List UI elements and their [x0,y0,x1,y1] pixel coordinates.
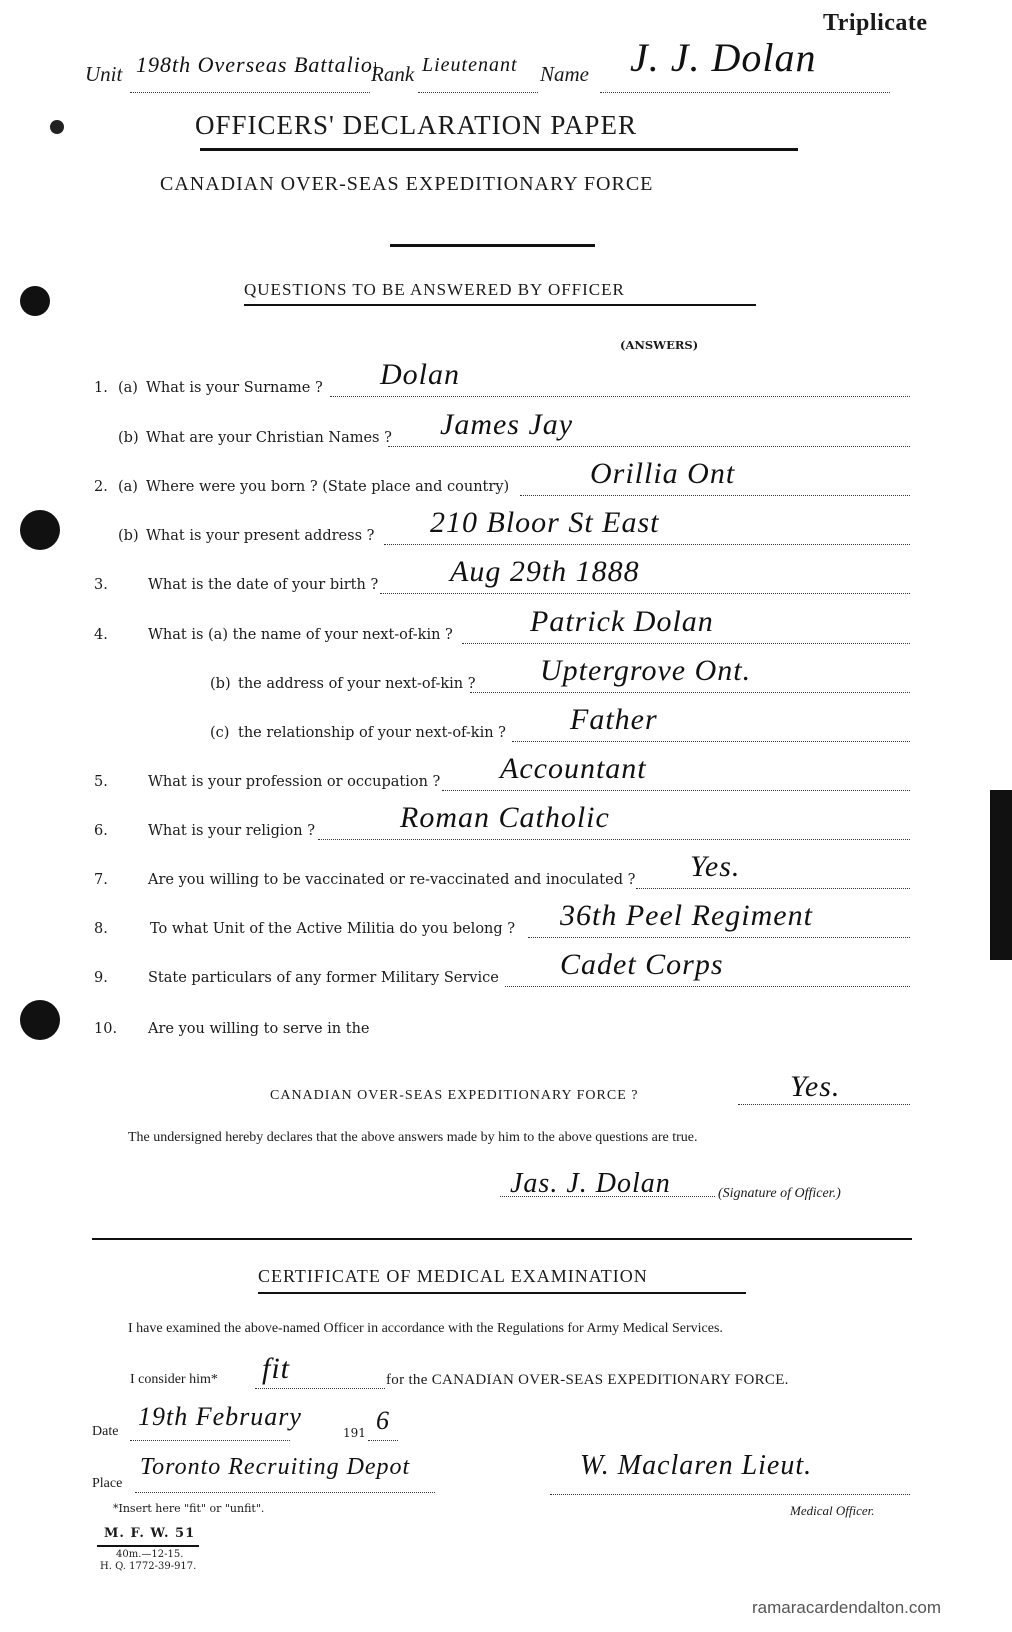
question-text: What is your religion ? [148,823,315,839]
punch-hole [20,510,60,550]
question-number: 3. [94,577,108,593]
officer-signature: Jas. J. Dolan [510,1168,671,1200]
question-number: 1. [94,380,108,396]
form-reference: H. Q. 1772-39-917. [100,1561,196,1572]
question-text: What is the date of your birth ? [148,577,378,593]
answer-field[interactable]: 210 Bloor St East [430,506,660,540]
question-text: What is (a) the name of your next-of-kin… [148,627,453,643]
answer-line [528,937,910,938]
answer-line [520,495,910,496]
question-text: Where were you born ? (State place and c… [146,479,509,495]
scan-edge-mark [990,790,1012,960]
question-text: State particulars of any former Military… [148,970,499,986]
question-text: the address of your next-of-kin ? [238,676,476,692]
question-text: Are you willing to be vaccinated or re-v… [148,872,635,888]
place-value[interactable]: Toronto Recruiting Depot [140,1454,410,1481]
copy-label: Triplicate [823,10,928,37]
answer-field[interactable]: James Jay [440,408,573,442]
question-text: the relationship of your next-of-kin ? [238,725,506,741]
rank-label: Rank [371,62,414,87]
consider-prefix: I consider him* [130,1372,218,1388]
answer-line [380,593,910,594]
rank-value: Lieutenant [422,54,518,77]
form-code: M. F. W. 51 [104,1526,195,1541]
date-value[interactable]: 19th February [138,1402,302,1432]
answer-line [505,986,910,987]
answer-line [442,790,910,791]
unit-label: Unit [85,62,122,87]
answer-field[interactable]: Father [570,703,658,737]
answer-field[interactable]: Yes. [690,850,740,884]
punch-hole [20,286,50,316]
answer-line [384,544,910,545]
question-number: 2. [94,479,108,495]
question-number: 4. [94,627,108,643]
year-prefix: 191 [343,1426,366,1440]
question-number: 5. [94,774,108,790]
answers-label: (ANSWERS) [620,338,698,352]
answer-field[interactable]: Patrick Dolan [530,605,714,639]
medical-paragraph: I have examined the above-named Officer … [92,1318,912,1339]
name-label: Name [540,62,589,87]
answer-field[interactable]: Dolan [380,358,460,392]
answer-line [330,396,910,397]
medical-heading: CERTIFICATE OF MEDICAL EXAMINATION [258,1266,648,1287]
watermark-link[interactable]: ramaracardendalton.com [752,1598,941,1618]
document-title: OFFICERS' DECLARATION PAPER [195,110,637,141]
consider-suffix: for the CANADIAN OVER-SEAS EXPEDITIONARY… [386,1372,789,1389]
q10-answer[interactable]: Yes. [790,1070,840,1104]
question-subletter: (b) [210,676,231,692]
question-subletter: (a) [118,479,138,495]
question-text: What is your Surname ? [146,380,323,396]
answer-field[interactable]: Cadet Corps [560,948,724,982]
medical-officer-signature: W. Maclaren Lieut. [580,1450,812,1482]
question-text: What are your Christian Names ? [146,430,392,446]
answer-line [512,741,910,742]
answer-line [388,446,910,447]
unit-value: 198th Overseas Battalion [136,52,376,78]
answer-line [318,839,910,840]
medical-officer-label: Medical Officer. [790,1503,874,1519]
question-text: What is your present address ? [146,528,374,544]
name-value: J. J. Dolan [630,34,817,81]
q10-force-label: CANADIAN OVER-SEAS EXPEDITIONARY FORCE ? [270,1088,638,1104]
question-number: 10. [94,1021,117,1037]
declaration-text: The undersigned hereby declares that the… [128,1130,698,1146]
question-text: Are you willing to serve in the [148,1021,370,1037]
question-subletter: (a) [118,380,138,396]
answer-line [470,692,910,693]
form-print-run: 40m.—12-15. [116,1549,183,1560]
question-number: 6. [94,823,108,839]
answer-field[interactable]: Roman Catholic [400,801,610,835]
document-subtitle: CANADIAN OVER-SEAS EXPEDITIONARY FORCE [160,173,653,196]
date-label: Date [92,1424,118,1440]
question-subletter: (b) [118,528,139,544]
question-text: To what Unit of the Active Militia do yo… [150,921,515,937]
answer-line [636,888,910,889]
question-subletter: (c) [210,725,229,741]
answer-field[interactable]: Aug 29th 1888 [450,555,640,589]
question-number: 8. [94,921,108,937]
fitness-value[interactable]: fit [262,1352,290,1386]
year-value[interactable]: 6 [376,1406,390,1436]
question-number: 7. [94,872,108,888]
questions-heading: QUESTIONS TO BE ANSWERED BY OFFICER [244,280,625,300]
ink-blot [50,120,64,134]
question-text: What is your profession or occupation ? [148,774,440,790]
question-subletter: (b) [118,430,139,446]
place-label: Place [92,1476,122,1492]
answer-field[interactable]: Uptergrove Ont. [540,654,751,688]
answer-line [462,643,910,644]
answer-field[interactable]: Orillia Ont [590,457,735,491]
question-number: 9. [94,970,108,986]
answer-field[interactable]: 36th Peel Regiment [560,899,813,933]
punch-hole [20,1000,60,1040]
answer-field[interactable]: Accountant [500,752,647,786]
signature-label: (Signature of Officer.) [718,1186,841,1202]
footnote: *Insert here "fit" or "unfit". [113,1502,264,1515]
